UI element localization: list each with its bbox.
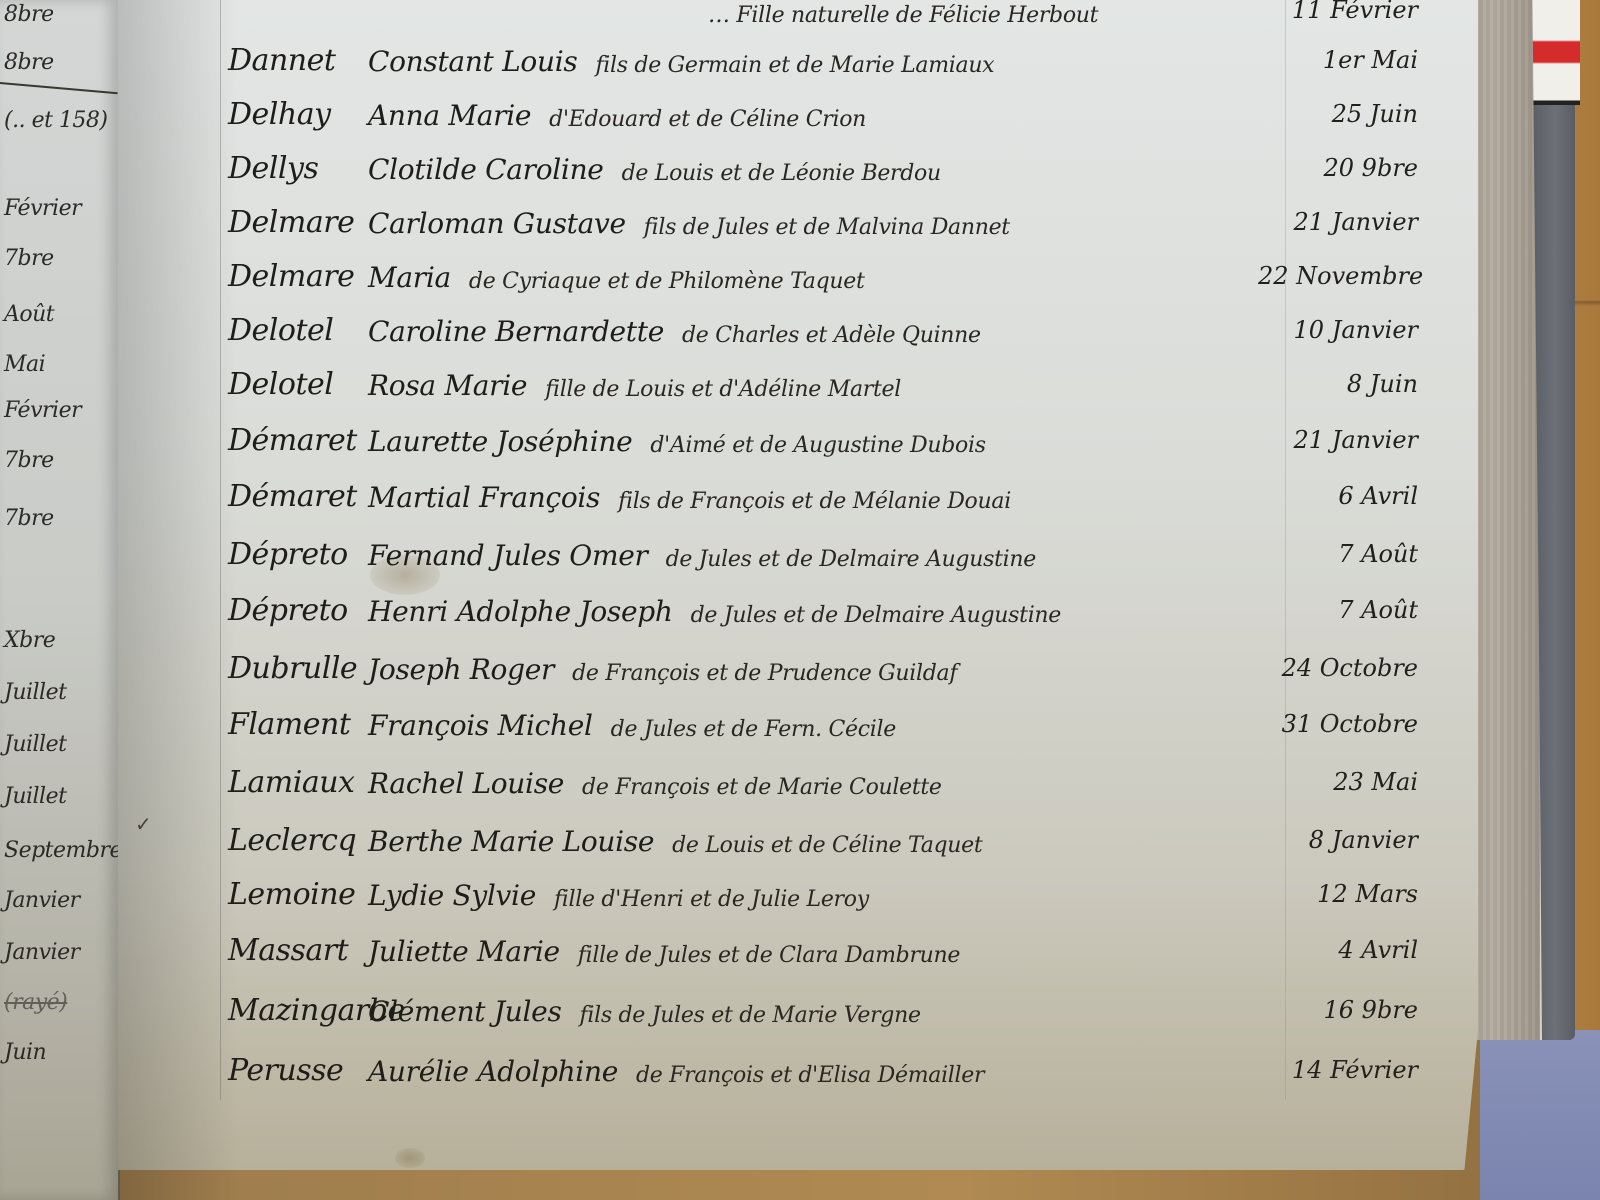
entry-date: 4 Avril bbox=[1258, 936, 1418, 964]
entry-parents: d'Edouard et de Céline Crion bbox=[549, 107, 866, 132]
margin-date: Juillet bbox=[4, 680, 66, 705]
entry-given-names: Joseph Roger bbox=[368, 653, 554, 686]
entry-date: 23 Mai bbox=[1258, 768, 1418, 796]
entry-parents: de Jules et de Fern. Cécile bbox=[611, 717, 896, 742]
entry-date: 10 Janvier bbox=[1258, 316, 1418, 344]
entry-date: 31 Octobre bbox=[1258, 710, 1418, 738]
register-entry: Démaret Martial François fils de Françoi… bbox=[228, 464, 1478, 514]
check-mark: ✓ bbox=[135, 812, 152, 836]
register-entry: Delotel Caroline Bernardette de Charles … bbox=[228, 298, 1478, 348]
entry-date: 21 Janvier bbox=[1258, 426, 1418, 454]
margin-date: Février bbox=[4, 398, 81, 423]
entry-parents: de Louis et de Céline Taquet bbox=[672, 833, 982, 858]
entry-surname: Delotel bbox=[228, 367, 368, 402]
register-entry: Delmare Carloman Gustave fils de Jules e… bbox=[228, 190, 1478, 240]
entry-given-names: Maria bbox=[368, 261, 451, 294]
margin-date: Février bbox=[4, 196, 81, 221]
entry-date: 20 9bre bbox=[1258, 154, 1418, 182]
entry-surname: Leclercq bbox=[228, 823, 368, 858]
entry-given-names: Caroline Bernardette bbox=[368, 315, 664, 348]
margin-date: Janvier bbox=[4, 888, 80, 913]
register-entry: Dannet Constant Louis fils de Germain et… bbox=[228, 28, 1478, 78]
entry-surname: Perusse bbox=[228, 1053, 368, 1088]
register-entry: Flament François Michel de Jules et de F… bbox=[228, 692, 1478, 742]
entry-date: 24 Octobre bbox=[1258, 654, 1418, 682]
entry-parents: d'Aimé et de Augustine Dubois bbox=[650, 433, 985, 458]
entry-date: 21 Janvier bbox=[1258, 208, 1418, 236]
entry-given-names: Henri Adolphe Joseph bbox=[368, 595, 673, 628]
margin-date: Mai bbox=[4, 352, 45, 377]
entry-date: 6 Avril bbox=[1258, 482, 1418, 510]
entry-given-names: Constant Louis bbox=[368, 45, 577, 78]
entry-parents: fils de Jules et de Marie Vergne bbox=[580, 1003, 921, 1028]
entry-surname: Dépreto bbox=[228, 537, 368, 572]
register-entry: Dellys Clotilde Caroline de Louis et de … bbox=[228, 136, 1478, 186]
entry-surname: Delmare bbox=[228, 259, 368, 294]
entry-date: 8 Juin bbox=[1258, 370, 1418, 398]
register-entry-partial: … Fille naturelle de Félicie Herbout 11 … bbox=[228, 0, 1478, 28]
margin-date: 7bre bbox=[4, 448, 54, 473]
margin-date: Janvier bbox=[4, 940, 80, 965]
entry-parents: de François et de Marie Coulette bbox=[582, 775, 942, 800]
entry-surname: Dellys bbox=[228, 151, 368, 186]
entry-surname: Démaret bbox=[228, 479, 368, 514]
entry-parents: fils de Germain et de Marie Lamiaux bbox=[595, 53, 994, 78]
register-entry: Delotel Rosa Marie fille de Louis et d'A… bbox=[228, 352, 1478, 402]
register-entry: Massart Juliette Marie fille de Jules et… bbox=[228, 918, 1478, 968]
register-entry: Perusse Aurélie Adolphine de François et… bbox=[228, 1038, 1478, 1088]
margin-date: 7bre bbox=[4, 246, 54, 271]
entry-date: 25 Juin bbox=[1258, 100, 1418, 128]
entry-given-names: Lydie Sylvie bbox=[368, 879, 536, 912]
entry-parents: de Charles et Adèle Quinne bbox=[682, 323, 981, 348]
entry-parents: fille d'Henri et de Julie Leroy bbox=[554, 887, 869, 912]
margin-date: Août bbox=[4, 302, 54, 327]
entry-surname: Dannet bbox=[228, 43, 368, 78]
entry-date: 7 Août bbox=[1258, 596, 1418, 624]
register-entry: Mazingarbe Clément Jules fils de Jules e… bbox=[228, 978, 1478, 1028]
entry-surname: Lamiaux bbox=[228, 765, 368, 800]
entry-surname: Mazingarbe bbox=[228, 993, 368, 1028]
register-entry: Delhay Anna Marie d'Edouard et de Céline… bbox=[228, 82, 1478, 132]
entry-surname: Delotel bbox=[228, 313, 368, 348]
entry-given-names: Anna Marie bbox=[368, 99, 531, 132]
entry-parents: fils de Jules et de Malvina Dannet bbox=[644, 215, 1010, 240]
entry-date: 16 9bre bbox=[1258, 996, 1418, 1024]
entry-parents: fils de François et de Mélanie Douai bbox=[618, 489, 1011, 514]
margin-date: (.. et 158) bbox=[4, 108, 108, 133]
register-entry: Lemoine Lydie Sylvie fille d'Henri et de… bbox=[228, 862, 1478, 912]
background-blue-surface bbox=[1480, 1030, 1600, 1200]
register-entries: … Fille naturelle de Félicie Herbout 11 … bbox=[228, 0, 1478, 1200]
margin-date: 8bre bbox=[4, 50, 54, 75]
register-entry: Lamiaux Rachel Louise de François et de … bbox=[228, 750, 1478, 800]
entry-surname: Dépreto bbox=[228, 593, 368, 628]
entry-surname: Lemoine bbox=[228, 877, 368, 912]
entry-given-names: Martial François bbox=[368, 481, 600, 514]
margin-date: Septembre bbox=[4, 838, 122, 863]
entry-given-names: Carloman Gustave bbox=[368, 207, 626, 240]
entry-given-names: Clotilde Caroline bbox=[368, 153, 604, 186]
page-margin-rule bbox=[220, 0, 221, 1100]
entry-given-names: Rosa Marie bbox=[368, 369, 527, 402]
left-page: 8bre 8bre (.. et 158) Février 7bre Août … bbox=[0, 0, 120, 1200]
entry-parents: … Fille naturelle de Félicie Herbout bbox=[708, 3, 1098, 28]
entry-parents: fille de Jules et de Clara Dambrune bbox=[578, 943, 960, 968]
margin-date: Juillet bbox=[4, 784, 66, 809]
entry-date: 7 Août bbox=[1258, 540, 1418, 568]
entry-surname: Delhay bbox=[228, 97, 368, 132]
entry-surname: Dubrulle bbox=[228, 651, 368, 686]
entry-date: 11 Février bbox=[1258, 0, 1418, 24]
entry-parents: de Jules et de Delmaire Augustine bbox=[691, 603, 1061, 628]
entry-date: 12 Mars bbox=[1258, 880, 1418, 908]
entry-given-names: Berthe Marie Louise bbox=[368, 825, 654, 858]
entry-given-names: Fernand Jules Omer bbox=[368, 539, 648, 572]
entry-surname: Flament bbox=[228, 707, 368, 742]
register-entry: Leclercq Berthe Marie Louise de Louis et… bbox=[228, 808, 1478, 858]
entry-surname: Massart bbox=[228, 933, 368, 968]
margin-date: Xbre bbox=[4, 628, 55, 653]
margin-date-struck: (rayé) bbox=[4, 990, 67, 1015]
entry-parents: de Cyriaque et de Philomène Taquet bbox=[469, 269, 865, 294]
margin-date: 8bre bbox=[4, 2, 54, 27]
entry-surname: Démaret bbox=[228, 423, 368, 458]
left-page-rule bbox=[0, 82, 118, 94]
margin-date: Juin bbox=[4, 1040, 46, 1065]
register-entry: Delmare Maria de Cyriaque et de Philomèn… bbox=[228, 244, 1478, 294]
entry-given-names: Rachel Louise bbox=[368, 767, 564, 800]
entry-parents: de François et d'Elisa Démailler bbox=[636, 1063, 984, 1088]
entry-given-names: Clément Jules bbox=[368, 995, 562, 1028]
entry-date: 1er Mai bbox=[1258, 46, 1418, 74]
entry-date: 14 Février bbox=[1258, 1056, 1418, 1084]
register-entry: Dubrulle Joseph Roger de François et de … bbox=[228, 636, 1478, 686]
register-entry: Dépreto Henri Adolphe Joseph de Jules et… bbox=[228, 578, 1478, 628]
margin-date: Juillet bbox=[4, 732, 66, 757]
entry-surname: Delmare bbox=[228, 205, 368, 240]
entry-parents: de Jules et de Delmaire Augustine bbox=[666, 547, 1036, 572]
entry-given-names: Laurette Joséphine bbox=[368, 425, 632, 458]
register-entry: Dépreto Fernand Jules Omer de Jules et d… bbox=[228, 522, 1478, 572]
entry-given-names: Juliette Marie bbox=[368, 935, 560, 968]
entry-parents: de Louis et de Léonie Berdou bbox=[622, 161, 941, 186]
margin-date: 7bre bbox=[4, 506, 54, 531]
entry-parents: de François et de Prudence Guildaf bbox=[572, 661, 957, 686]
entry-given-names: Aurélie Adolphine bbox=[368, 1055, 618, 1088]
register-entry: Démaret Laurette Joséphine d'Aimé et de … bbox=[228, 408, 1478, 458]
entry-date: 8 Janvier bbox=[1258, 826, 1418, 854]
entry-given-names: François Michel bbox=[368, 709, 593, 742]
entry-date: 22 Novembre bbox=[1258, 262, 1418, 290]
entry-parents: fille de Louis et d'Adéline Martel bbox=[545, 377, 901, 402]
